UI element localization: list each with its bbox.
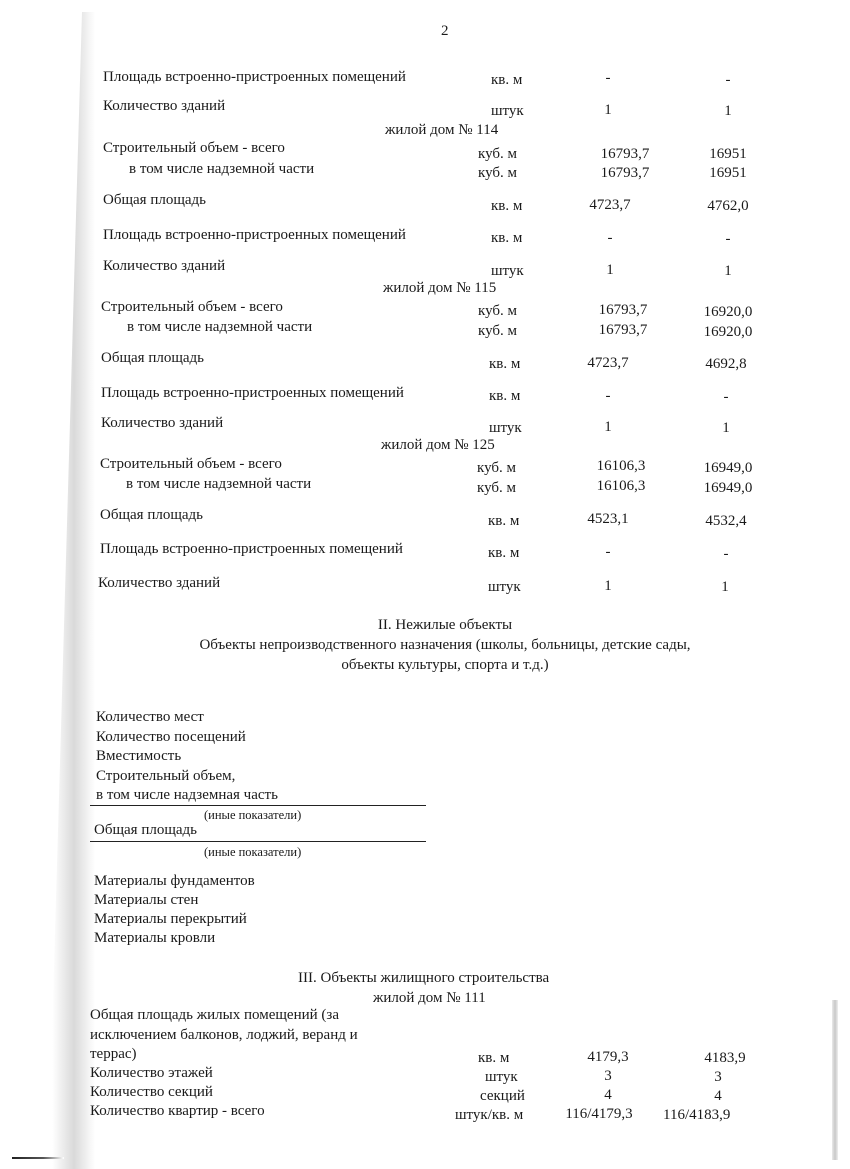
row-label: Количество зданий (103, 257, 225, 275)
material-label: Материалы фундаментов (94, 872, 255, 890)
indicator-label: Строительный объем, (96, 767, 235, 785)
row-fact-value: 4762,0 (683, 197, 773, 215)
row-label: Общая площадь (101, 349, 204, 367)
row-unit: куб. м (478, 145, 517, 163)
row-unit: кв. м (489, 355, 520, 373)
house-title: жилой дом № 111 (373, 989, 486, 1007)
row-fact-value: 16949,0 (683, 459, 773, 477)
row-fact-value: 3 (673, 1068, 763, 1086)
row-unit: штук (485, 1068, 518, 1086)
house-title: жилой дом № 115 (383, 279, 496, 297)
row-fact-value: 16920,0 (683, 323, 773, 341)
row-label: Количество этажей (90, 1064, 213, 1082)
row-plan-value: 4723,7 (555, 196, 665, 214)
row-fact-value: - (681, 388, 771, 406)
row-label: Количество секций (90, 1083, 213, 1101)
row-unit: кв. м (488, 512, 519, 530)
row-unit: куб. м (478, 322, 517, 340)
material-label: Материалы перекрытий (94, 910, 247, 928)
row-unit: куб. м (477, 479, 516, 497)
row-label: исключением балконов, лоджий, веранд и (90, 1026, 358, 1044)
indicator-label: в том числе надземная часть (96, 786, 278, 804)
indicator-label: Вместимость (96, 747, 181, 765)
row-plan-value: 116/4179,3 (544, 1105, 654, 1123)
row-fact-value: 4532,4 (681, 512, 771, 530)
row-label: Количество квартир - всего (90, 1102, 265, 1120)
row-label: террас) (90, 1045, 137, 1063)
row-label: Площадь встроенно-пристроенных помещений (103, 226, 406, 244)
row-unit: куб. м (478, 164, 517, 182)
row-unit: штук (491, 102, 524, 120)
row-unit: кв. м (491, 71, 522, 89)
row-plan-value: 4723,7 (553, 354, 663, 372)
row-fact-value: 1 (683, 102, 773, 120)
row-label: в том числе надземной части (127, 318, 312, 336)
row-unit: кв. м (491, 197, 522, 215)
row-plan-value: 16793,7 (570, 145, 680, 163)
row-label: Общая площадь (100, 506, 203, 524)
row-plan-value: - (555, 229, 665, 247)
fill-in-line (90, 841, 426, 842)
row-label: Общая площадь жилых помещений (за (90, 1006, 339, 1024)
row-label: Строительный объем - всего (103, 139, 285, 157)
row-unit: кв. м (478, 1049, 509, 1067)
indicator-label: Количество мест (96, 708, 204, 726)
page-number: 2 (441, 22, 449, 40)
house-title: жилой дом № 125 (381, 436, 495, 454)
row-plan-value: 4 (553, 1086, 663, 1104)
row-unit: секций (480, 1087, 525, 1105)
indicator-label: Общая площадь (94, 821, 197, 839)
row-unit: куб. м (477, 459, 516, 477)
row-label: Площадь встроенно-пристроенных помещений (100, 540, 403, 558)
row-unit: кв. м (491, 229, 522, 247)
row-fact-value: 16951 (683, 145, 773, 163)
row-label: Количество зданий (101, 414, 223, 432)
row-plan-value: - (553, 387, 663, 405)
row-fact-value: 1 (681, 419, 771, 437)
material-label: Материалы кровли (94, 929, 215, 947)
row-fact-value: - (683, 230, 773, 248)
row-fact-value: 16949,0 (683, 479, 773, 497)
row-label: в том числе надземной части (129, 160, 314, 178)
row-fact-value: 1 (683, 262, 773, 280)
other-indicators-caption: (иные показатели) (204, 806, 301, 824)
row-label: Строительный объем - всего (101, 298, 283, 316)
material-label: Материалы стен (94, 891, 198, 909)
row-label: Площадь встроенно-пристроенных помещений (103, 68, 406, 86)
other-indicators-caption: (иные показатели) (204, 843, 301, 861)
row-fact-value: 1 (680, 578, 770, 596)
row-plan-value: 4179,3 (553, 1048, 663, 1066)
row-fact-value: 116/4183,9 (663, 1106, 730, 1124)
row-fact-value: - (681, 545, 771, 563)
row-unit: штук/кв. м (455, 1106, 523, 1124)
row-plan-value: 1 (553, 101, 663, 119)
row-unit: куб. м (478, 302, 517, 320)
row-plan-value: 16793,7 (568, 301, 678, 319)
row-plan-value: 1 (553, 577, 663, 595)
row-plan-value: 1 (553, 418, 663, 436)
row-label: Площадь встроенно-пристроенных помещений (101, 384, 404, 402)
section-iii-heading: III. Объекты жилищного строительства (298, 969, 549, 987)
row-fact-value: 4 (673, 1087, 763, 1105)
row-plan-value: 16106,3 (566, 477, 676, 495)
row-label: Количество зданий (98, 574, 220, 592)
row-plan-value: 16106,3 (566, 457, 676, 475)
section-ii-subheading: Объекты непроизводственного назначения (… (0, 636, 850, 654)
row-unit: штук (489, 419, 522, 437)
row-unit: кв. м (488, 544, 519, 562)
row-label: Общая площадь (103, 191, 206, 209)
row-label: Количество зданий (103, 97, 225, 115)
row-plan-value: - (553, 543, 663, 561)
row-plan-value: 3 (553, 1067, 663, 1085)
row-fact-value: 16951 (683, 164, 773, 182)
row-plan-value: 16793,7 (570, 164, 680, 182)
section-ii-heading: II. Нежилые объекты (0, 616, 850, 634)
row-unit: кв. м (489, 387, 520, 405)
row-plan-value: 4523,1 (553, 510, 663, 528)
section-ii-subheading: объекты культуры, спорта и т.д.) (0, 656, 850, 674)
row-label: в том числе надземной части (126, 475, 311, 493)
row-fact-value: - (683, 71, 773, 89)
row-plan-value: 16793,7 (568, 321, 678, 339)
row-label: Строительный объем - всего (100, 455, 282, 473)
row-fact-value: 4183,9 (680, 1049, 770, 1067)
house-title: жилой дом № 114 (385, 121, 498, 139)
document-page: 2 Площадь встроенно-пристроенных помещен… (0, 0, 850, 1169)
row-fact-value: 4692,8 (681, 355, 771, 373)
row-plan-value: - (553, 69, 663, 87)
indicator-label: Количество посещений (96, 728, 246, 746)
row-unit: штук (488, 578, 521, 596)
row-fact-value: 16920,0 (683, 303, 773, 321)
row-unit: штук (491, 262, 524, 280)
row-plan-value: 1 (555, 261, 665, 279)
